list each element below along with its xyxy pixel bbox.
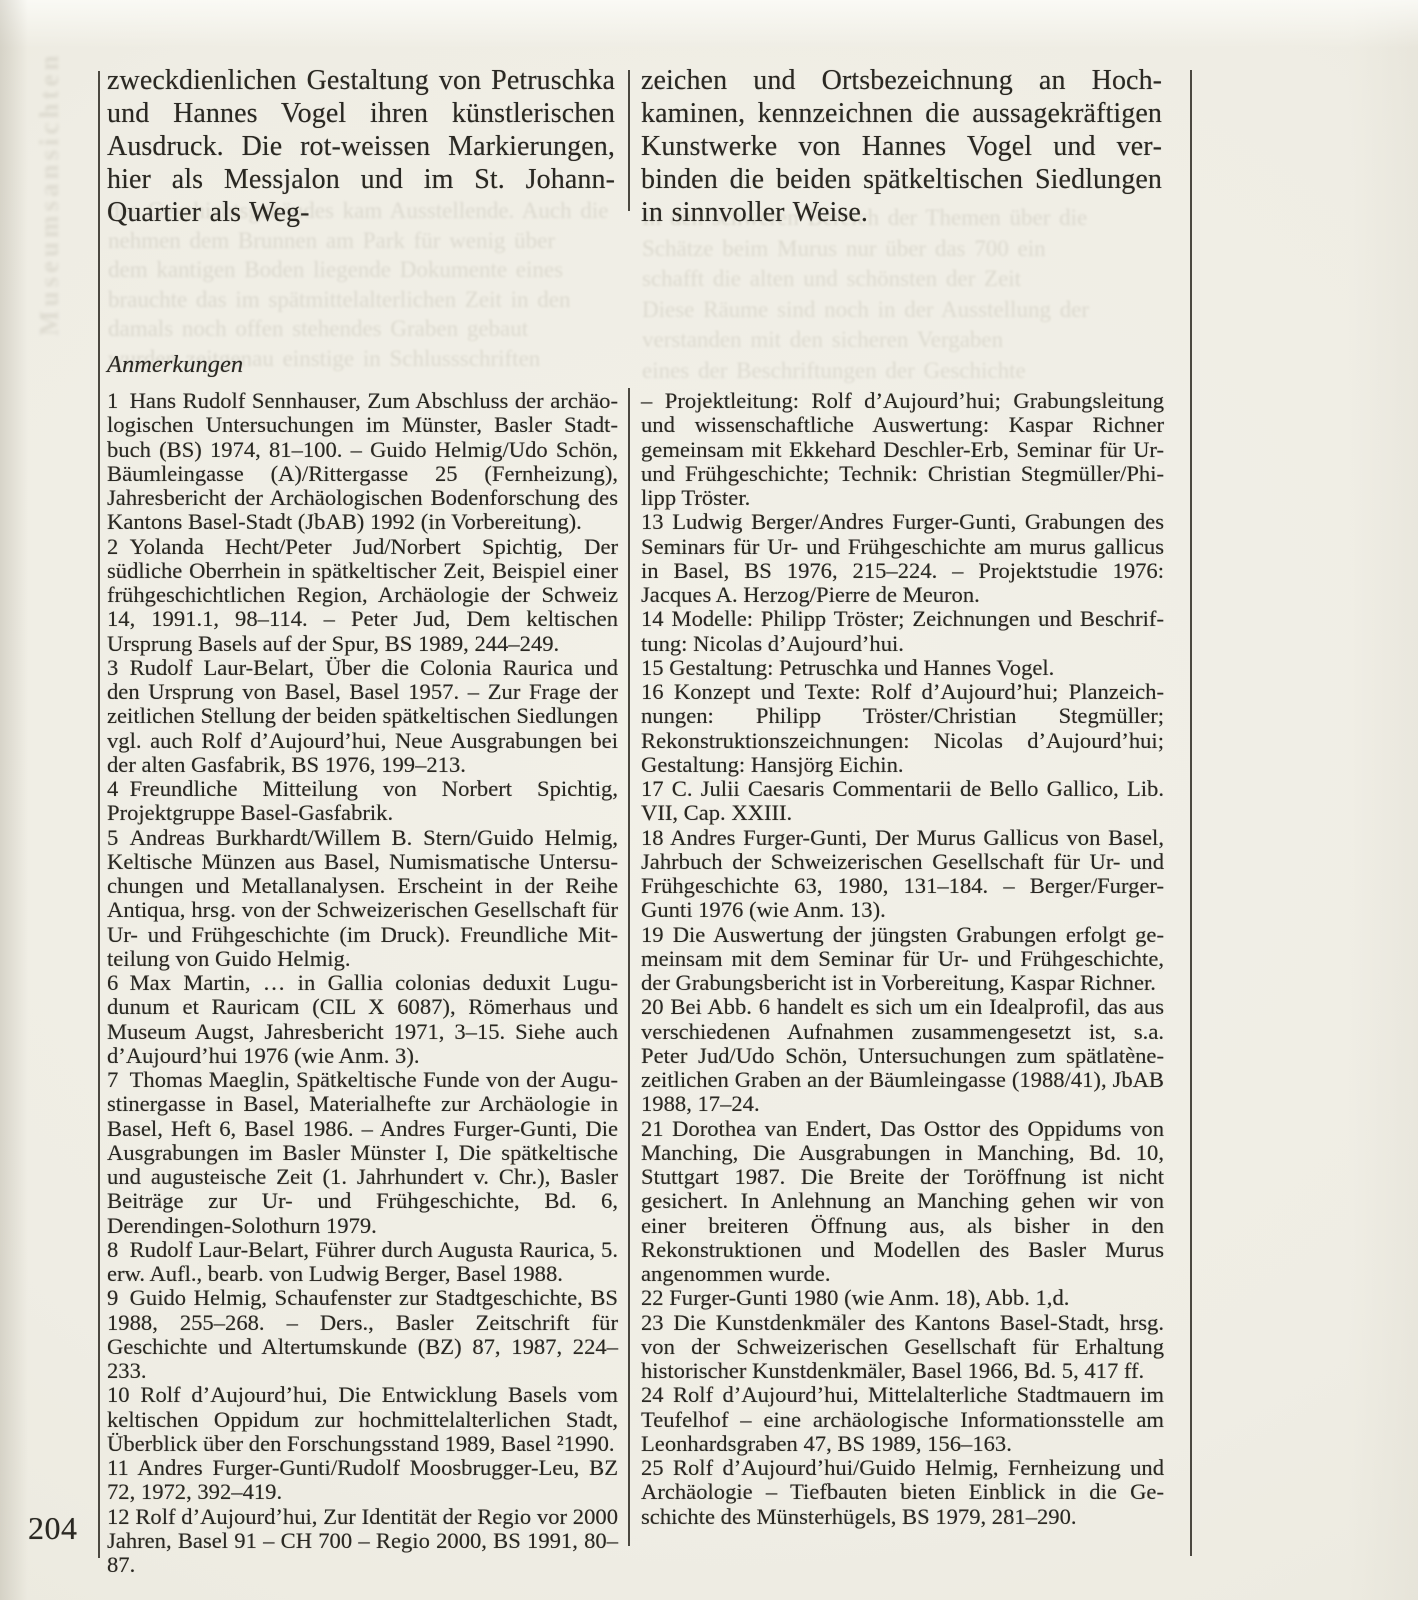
footnote-3: 3 Rudolf Laur-Belart, Über die Colonia R…	[107, 656, 618, 777]
footnote-7: 7 Thomas Maeglin, Spät­keltische Funde v…	[107, 1068, 618, 1238]
footnote-13: 13 Ludwig Berger/Andres Furger-Gunti, Gr…	[641, 510, 1164, 607]
footnote-16: 16 Konzept und Texte: Rolf d’Aujourd’hui…	[641, 680, 1164, 777]
footnote-15: 15 Gestaltung: Petruschka und Hannes Vog…	[641, 656, 1164, 680]
bleedthrough-line: schafft die alten und schönsten der Zeit	[642, 264, 1162, 295]
bleedthrough-line: dem kantigen Boden liegende Dokumente ei…	[108, 255, 620, 285]
footnote-11: 11 Andres Furger-Gunti/Rudolf Moos­brugg…	[107, 1456, 618, 1505]
bleedthrough-line: nehmen dem Brunnen am Park für wenig übe…	[108, 226, 620, 256]
footnote-21: 21 Dorothea van Endert, Das Osttor des O…	[641, 1117, 1164, 1287]
footnote-8: 8 Rudolf Laur-Belart, Führer durch Augus…	[107, 1238, 618, 1287]
footnote-6: 6 Max Martin, … in Gallia colonias dedux…	[107, 971, 618, 1068]
footnote-17: 17 C. Julii Caesaris Commen­tarii de Bel…	[641, 777, 1164, 826]
footnote-2: 2 Yolanda Hecht/Peter Jud/Norbert Spicht…	[107, 535, 618, 656]
column-divider-rule-bottom	[628, 388, 630, 1546]
bleedthrough-line: brauchte das im spätmittelalterlichen Ze…	[108, 285, 620, 315]
bleedthrough-line: verstanden mit den sicheren Vergaben	[642, 325, 1162, 356]
column-divider-rule-top	[628, 70, 630, 211]
footnotes-right-column: – Projekt­leitung: Rolf d’Aujourd’hui; G…	[641, 389, 1164, 1529]
footnote-4: 4 Freundliche Mit­teilung von Norbert Sp…	[107, 777, 618, 826]
footnote-25: 25 Rolf d’Aujourd’hui/Guido Helmig, Fern…	[641, 1456, 1164, 1529]
footnote-14: 14 Modelle: Philipp Tröster; Zeich­nunge…	[641, 607, 1164, 656]
footnote-23: 23 Die Kunst­denkmäler des Kantons Basel…	[641, 1311, 1164, 1384]
footnote-20: 20 Bei Abb. 6 handelt es sich um ein Ide…	[641, 995, 1164, 1116]
bleedthrough-margin-text: Museumsansichten	[34, 76, 65, 336]
footnote-18: 18 Andres Furger-Gunti, Der Murus Gallic…	[641, 826, 1164, 923]
left-margin-rule	[98, 71, 100, 1558]
bleedthrough-line: eines der Beschriftungen der Geschichte	[642, 356, 1162, 387]
intro-paragraph-right: zeichen und Orts­bezeichnung an Hoch­kam…	[641, 64, 1162, 229]
footnotes-left-column: 1 Hans Rudolf Sennhauser, Zum Abschluss …	[107, 389, 618, 1577]
footnote-5: 5 Andreas Burkhardt/Willem B. Stern/Guid…	[107, 826, 618, 972]
footnote-22: 22 Furger-Gunti 1980 (wie Anm. 18), Abb.…	[641, 1286, 1164, 1310]
intro-paragraph-left: zweck­dienlichen Gestaltung von Petrusch…	[107, 64, 615, 229]
bleedthrough-line: Diese Räume sind noch in der Ausstellung…	[642, 295, 1162, 326]
footnote-9: 9 Guido Helmig, Schau­fenster zur Stadt­…	[107, 1286, 618, 1383]
right-margin-rule	[1190, 70, 1192, 1556]
footnote-1: 1 Hans Rudolf Sennhauser, Zum Abschluss …	[107, 389, 618, 535]
bleedthrough-line: damals noch offen stehendes Graben gebau…	[108, 314, 620, 344]
bleedthrough-right-column: In den schweren Bereich der Themen über …	[642, 203, 1162, 386]
footnote-12: 12 Rolf d’Aujourd’hui, Zur Identität der…	[107, 1505, 618, 1578]
notes-heading: Anmerkungen	[107, 351, 243, 379]
footnote-12-continuation: – Projekt­leitung: Rolf d’Aujourd’hui; G…	[641, 389, 1164, 510]
bleedthrough-line: Schätze beim Murus nur über das 700 ein	[642, 234, 1162, 265]
scanned-book-page: Museumsansichten des Geschichtsgebäudes …	[0, 0, 1418, 1600]
footnote-19: 19 Die Aus­wertung der jüngsten Grabunge…	[641, 923, 1164, 996]
footnote-10: 10 Rolf d’Aujourd’hui, Die Ent­wicklung …	[107, 1383, 618, 1456]
page-number: 204	[28, 1510, 78, 1547]
footnote-24: 24 Rolf d’Aujourd’hui, Mittel­alterliche…	[641, 1383, 1164, 1456]
